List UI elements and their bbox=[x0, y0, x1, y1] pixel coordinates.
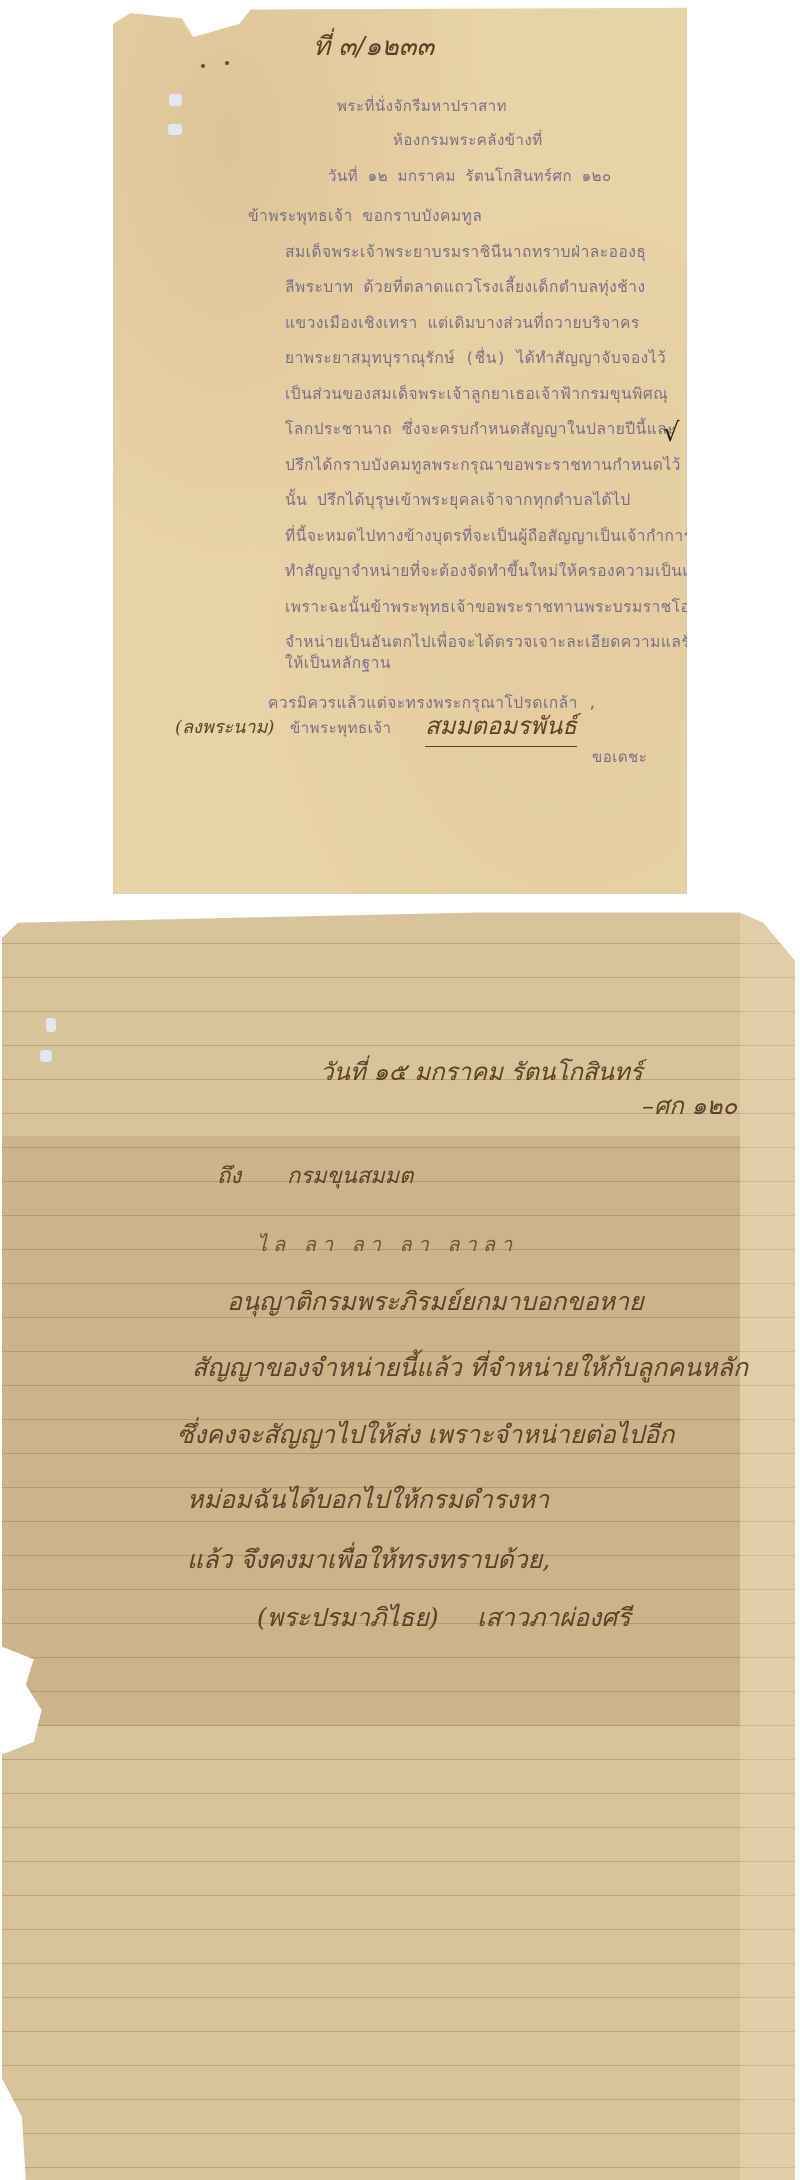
paper-hole bbox=[40, 1050, 52, 1062]
signature: เสาวภาผ่องศรี bbox=[477, 1598, 631, 1638]
signatory-title: ขอเดชะ bbox=[592, 745, 647, 769]
paper-hole bbox=[168, 124, 182, 135]
trial-strokes: ไล ลา ลา ลา ลาลา bbox=[257, 1228, 518, 1260]
body-line: ข้าพระพุทธเจ้า ขอกราบบังคมทูล bbox=[248, 203, 482, 228]
body-line: อนุญาติกรมพระภิรมย์ยกมาบอกขอหาย bbox=[227, 1282, 644, 1322]
body-line: สัญญาของจำหน่ายนี้แล้ว ที่จำหน่ายให้กับล… bbox=[192, 1348, 748, 1388]
body-line: ปรึกได้กราบบังคมทูลพระกรุณาขอพระราชทานกำ… bbox=[285, 452, 681, 477]
addressee: กรมขุนสมมต bbox=[287, 1158, 413, 1193]
pin-hole bbox=[201, 64, 205, 68]
body-line: เป็นส่วนของสมเด็จพระเจ้าลูกยาเธอเจ้าฟ้าก… bbox=[285, 381, 668, 406]
body-line: ลีพระบาท ด้วยที่ตลาดแถวโรงเลี้ยงเด็กตำบล… bbox=[285, 274, 646, 299]
handwritten-note: (ลงพระนาม) bbox=[175, 712, 274, 741]
reference-number: ที่ ๓/๑๒๓๓ bbox=[313, 26, 434, 67]
date-line: วันที่ ๑๕ มกราคม รัตนโกสินทร์ bbox=[320, 1052, 643, 1091]
body-line: ที่นี้จะหมดไปทางข้างบุตรที่จะเป็นผู้ถือส… bbox=[285, 523, 692, 548]
header-office: ห้องกรมพระคลังข้างที่ bbox=[393, 128, 543, 152]
body-line-last: ให้เป็นหลักฐาน bbox=[285, 650, 391, 675]
body-line: โลกประชานาถ ซึ่งจะครบกำหนดสัญญาในปลายปีน… bbox=[285, 416, 676, 441]
date-line: วันที่ ๑๒ มกราคม รัตนโกสินทร์ศก ๑๒๐ bbox=[328, 164, 612, 188]
body-line: สมเด็จพระเจ้าพระยาบรมราชินีนาถทราบฝ่าละอ… bbox=[285, 239, 646, 264]
paper-margin-strip bbox=[740, 910, 795, 2180]
closing-note: (พระปรมาภิไธย) bbox=[257, 1598, 439, 1638]
signature: สมมตอมรพันธ์ bbox=[425, 706, 577, 747]
body-line: นั้น ปรึกได้บุรุษเข้าพระยุคลเจ้าจากทุกตำ… bbox=[285, 487, 631, 512]
handwritten-letter-sheet: วันที่ ๑๕ มกราคม รัตนโกสินทร์ –ศก ๑๒๐ ถึ… bbox=[2, 910, 795, 2180]
body-line: แขวงเมืองเชิงเทรา แต่เดิมบางส่วนที่ถวายบ… bbox=[285, 310, 640, 335]
body-line: ยาพระยาสมุทบุราณุรักษ์ (ชื่น) ได้ทำสัญญา… bbox=[285, 345, 666, 370]
paper-hole bbox=[169, 94, 182, 106]
typed-signoff: ข้าพระพุทธเจ้า bbox=[290, 716, 391, 740]
pin-hole bbox=[225, 61, 229, 65]
body-line: หม่อมฉันได้บอกไปให้กรมดำรงหา bbox=[187, 1480, 549, 1520]
header-palace: พระที่นั่งจักรีมหาปราสาท bbox=[337, 94, 507, 118]
date-line-year: –ศก ๑๒๐ bbox=[642, 1086, 737, 1125]
body-line: เพราะฉะนั้นข้าพระพุทธเจ้าขอพระราชทานพระบ… bbox=[285, 594, 792, 619]
body-line: ทำสัญญาจำหน่ายที่จะต้องจัดทำขึ้นใหม่ให้ค… bbox=[285, 558, 713, 583]
paper-hole bbox=[46, 1018, 56, 1032]
check-mark-icon: √ bbox=[663, 418, 680, 448]
body-line: ซึ่งคงจะสัญญาไปให้ส่ง เพราะจำหน่ายต่อไปอ… bbox=[177, 1415, 674, 1455]
salutation-mark: ถึง bbox=[217, 1158, 241, 1193]
body-line: แล้ว จึงคงมาเพื่อให้ทรงทราบด้วย, bbox=[187, 1540, 550, 1580]
